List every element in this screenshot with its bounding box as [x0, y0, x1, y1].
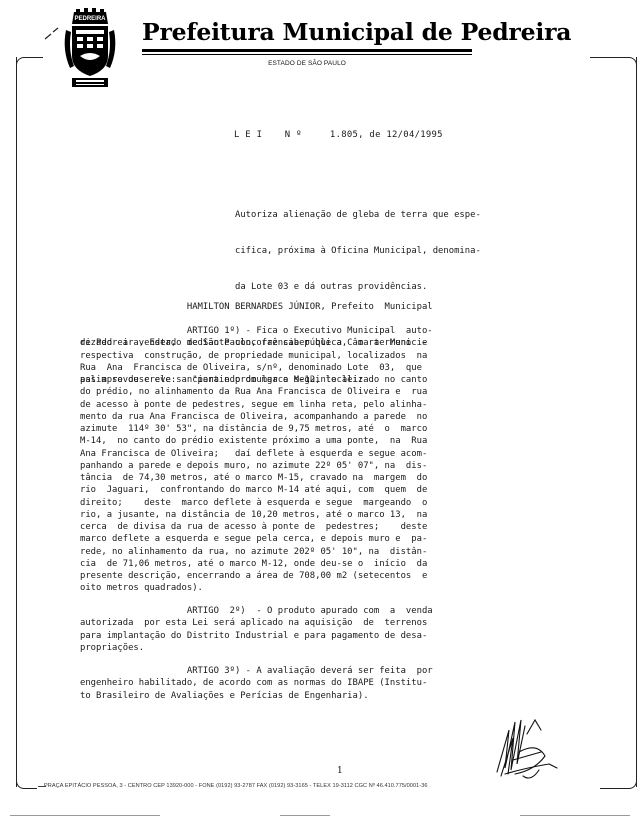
municipality-title: Prefeitura Municipal de Pedreira	[142, 18, 571, 46]
article-line: engenheiro habilitado, de acordo com as …	[80, 677, 620, 689]
preamble-line: HAMILTON BERNARDES JÚNIOR, Prefeito Muni…	[80, 301, 620, 313]
article-line: azimute 114º 30' 53", na distância de 9,…	[80, 423, 620, 435]
article-line: ARTIGO 2º) - O produto apurado com a ven…	[80, 605, 620, 617]
article-line: marco deflete a esquerda e segue pela ce…	[80, 533, 620, 545]
article-line: presente descrição, encerrando a área de…	[80, 570, 620, 582]
scan-artifact	[520, 815, 630, 816]
scan-mark	[44, 26, 64, 40]
frame-right-border	[636, 57, 637, 787]
article-line: assim se descreve: "partindo do marco M-…	[80, 374, 620, 386]
law-heading: L E I N º 1.805, de 12/04/1995	[234, 130, 443, 140]
article-1: ARTIGO 1º) - Fica o Executivo Municipal …	[80, 325, 620, 595]
article-line: direito; deste marco deflete à esquerda …	[80, 497, 620, 509]
frame-corner-top-left	[16, 57, 43, 68]
state-subtitle: ESTADO DE SÃO PAULO	[142, 60, 472, 67]
scan-artifact	[10, 815, 160, 816]
title-underline-thin	[142, 54, 472, 55]
article-line: panhando a parede e depois muro, no azim…	[80, 460, 620, 472]
svg-text:PEDREIRA: PEDREIRA	[74, 16, 106, 22]
article-line: rede, no alinhamento da rua, no azimute …	[80, 546, 620, 558]
title-underline	[142, 49, 472, 52]
article-3: ARTIGO 3º) - A avaliação deverá ser feit…	[80, 665, 620, 702]
article-line: Rua Ana Francisca de Oliveira, s/nº, den…	[80, 362, 620, 374]
article-line: oito metros quadrados).	[80, 582, 620, 594]
article-line: rio Jaguari, confrontando do marco M-14 …	[80, 484, 620, 496]
coat-of-arms-icon: PEDREIRA	[62, 6, 118, 92]
article-line: tância de 74,30 metros, até o marco M-15…	[80, 472, 620, 484]
article-line: Ana Francisca de Oliveira; daí deflete à…	[80, 448, 620, 460]
article-line: ARTIGO 1º) - Fica o Executivo Municipal …	[80, 325, 620, 337]
article-line: respectiva construção, de propriedade mu…	[80, 350, 620, 362]
article-line: autorizada por esta Lei será aplicado na…	[80, 617, 620, 629]
ementa-line: cifica, próxima à Oficina Municipal, den…	[235, 245, 615, 257]
article-line: rizado a vender, mediante concorrência p…	[80, 337, 620, 349]
article-line: to Brasileiro de Avaliações e Perícias d…	[80, 690, 620, 702]
article-line: do prédio, no alinhamento da Rua Ana Fra…	[80, 386, 620, 398]
article-line: M-14, no canto do prédio existente próxi…	[80, 435, 620, 447]
letterhead-footer-address: PRAÇA EPITÁCIO PESSOA, 3 - CENTRO CEP 13…	[44, 783, 428, 789]
article-line: cerca de divisa da rua de acesso à ponte…	[80, 521, 620, 533]
scan-artifact	[280, 815, 330, 816]
article-line: mento da rua Ana Francisca de Oliveira, …	[80, 411, 620, 423]
frame-corner-bottom-left	[16, 778, 37, 789]
article-line: ARTIGO 3º) - A avaliação deverá ser feit…	[80, 665, 620, 677]
frame-left-border	[16, 57, 17, 787]
article-2: ARTIGO 2º) - O produto apurado com a ven…	[80, 605, 620, 654]
article-line: de acesso à ponte de pedestres, segue em…	[80, 399, 620, 411]
ementa-line: Autoriza alienação de gleba de terra que…	[235, 209, 615, 221]
handwritten-signature-icon	[475, 712, 565, 787]
frame-corner-bottom-right	[600, 778, 637, 789]
page-number: 1	[337, 766, 343, 776]
article-line: cia de 71,06 metros, até o marco M-12, o…	[80, 558, 620, 570]
article-line: rio, a jusante, na distância de 10,20 me…	[80, 509, 620, 521]
article-line: para implantação do Distrito Industrial …	[80, 630, 620, 642]
frame-corner-top-right	[590, 57, 637, 68]
article-line: propriações.	[80, 642, 620, 654]
